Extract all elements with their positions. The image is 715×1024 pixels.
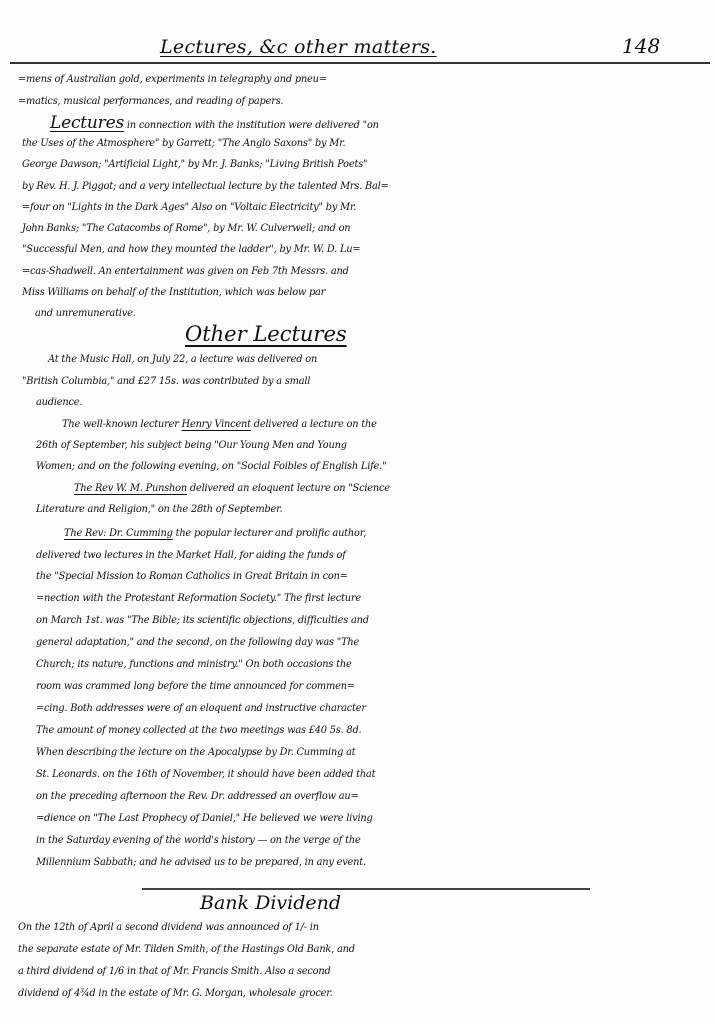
section-divider [142, 888, 590, 890]
header-rule [10, 62, 710, 64]
text-line: John Banks; "The Catacombs of Rome", by … [22, 219, 715, 239]
text-line: When describing the lecture on the Apoca… [36, 743, 715, 763]
text-line: in the Saturday evening of the world's h… [36, 831, 715, 851]
text-line: the Uses of the Atmosphere" by Garrett; … [22, 134, 715, 154]
text-fragment: The well-known lecturer [62, 419, 182, 430]
text-line: The amount of money collected at the two… [36, 721, 715, 741]
text-line: =nection with the Protestant Reformation… [36, 589, 715, 609]
text-line: "British Columbia," and £27 15s. was con… [22, 372, 715, 392]
text-line: and unremunerative. [35, 304, 715, 324]
text-line: on the preceding afternoon the Rev. Dr. … [36, 787, 715, 807]
text-fragment: delivered a lecture on the [251, 419, 377, 430]
text-line: Millennium Sabbath; and he advised us to… [36, 853, 715, 873]
text-line: On the 12th of April a second dividend w… [18, 918, 715, 938]
section-heading-bank-dividend: Bank Dividend [200, 892, 341, 914]
page-number: 148 [622, 34, 660, 58]
text-line: Literature and Religion," on the 28th of… [36, 500, 715, 520]
text-line: 26th of September, his subject being "Ou… [36, 436, 715, 456]
text-line: The well-known lecturer Henry Vincent de… [62, 415, 715, 435]
page-header: Lectures, &c other matters. 148 [0, 34, 715, 64]
text-line: The Rev: Dr. Cumming the popular lecture… [64, 524, 715, 544]
text-line: "Successful Men, and how they mounted th… [22, 240, 715, 260]
text-line: on March 1st. was "The Bible; its scient… [36, 611, 715, 631]
text-line: Church; its nature, functions and minist… [36, 655, 715, 675]
text-line: the "Special Mission to Roman Catholics … [36, 567, 715, 587]
text-line: audience. [36, 393, 715, 413]
lecturer-name: Henry Vincent [182, 419, 251, 430]
text-line: The Rev W. M. Punshon delivered an eloqu… [74, 479, 715, 499]
text-line: George Dawson; "Artificial Light," by Mr… [22, 155, 715, 175]
text-line: =mens of Australian gold, experiments in… [18, 70, 715, 90]
text-line: the separate estate of Mr. Tilden Smith,… [18, 940, 715, 960]
text-line: Lectures in connection with the institut… [50, 113, 715, 136]
section-heading-other-lectures: Other Lectures [185, 322, 347, 346]
lecturer-name: The Rev: Dr. Cumming [64, 528, 173, 539]
text-line: by Rev. H. J. Piggot; and a very intelle… [22, 177, 715, 197]
text-line: delivered two lectures in the Market Hal… [36, 546, 715, 566]
text-line: =four on "Lights in the Dark Ages" Also … [22, 198, 715, 218]
manuscript-page: Lectures, &c other matters. 148 =mens of… [0, 0, 715, 1024]
text-line: general adaptation," and the second, on … [36, 633, 715, 653]
text-line: At the Music Hall, on July 22, a lecture… [48, 350, 715, 370]
text-line: room was crammed long before the time an… [36, 677, 715, 697]
text-line: =cas-Shadwell. An entertainment was give… [22, 262, 715, 282]
text-line: =matics, musical performances, and readi… [18, 92, 715, 112]
text-fragment: delivered an eloquent lecture on "Scienc… [187, 483, 390, 494]
text-line: =dience on "The Last Prophecy of Daniel,… [36, 809, 715, 829]
lead-word: Lectures [50, 113, 124, 133]
text-line: =cing. Both addresses were of an eloquen… [36, 699, 715, 719]
lecturer-name: The Rev W. M. Punshon [74, 483, 187, 494]
text-fragment: in connection with the institution were … [127, 120, 379, 131]
text-fragment: the popular lecturer and prolific author… [173, 528, 366, 539]
text-line: Women; and on the following evening, on … [36, 457, 715, 477]
text-line: St. Leonards. on the 16th of November, i… [36, 765, 715, 785]
text-line: Miss Williams on behalf of the Instituti… [22, 283, 715, 303]
text-line: a third dividend of 1/6 in that of Mr. F… [18, 962, 715, 982]
text-line: dividend of 4¾d in the estate of Mr. G. … [18, 984, 715, 1004]
page-title: Lectures, &c other matters. [160, 36, 437, 58]
